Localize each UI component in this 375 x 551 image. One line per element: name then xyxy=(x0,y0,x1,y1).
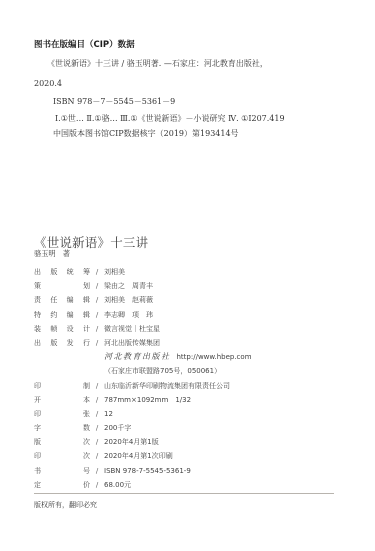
spec-row: 书号 / ISBN 978-7-5545-5361-9 xyxy=(34,464,252,478)
publisher-logo: 河北教育出版社 xyxy=(104,350,171,364)
credit-value: 河北出版传媒集团 xyxy=(104,336,160,350)
spec-label: 印制 xyxy=(34,379,90,393)
spec-label: 书号 xyxy=(34,464,90,478)
publisher-row: 河北教育出版社 http://www.hbep.com xyxy=(34,350,252,364)
spec-row: 印张 / 12 xyxy=(34,407,252,421)
credit-row: 责任编辑 / 刘相美 赵莉薇 xyxy=(34,293,252,307)
publisher-address-row: （石家庄市联盟路705号，050061） xyxy=(34,364,252,378)
credit-label: 责任编辑 xyxy=(34,293,90,307)
spec-label: 印张 xyxy=(34,407,90,421)
spec-value: ISBN 978-7-5545-5361-9 xyxy=(104,464,191,478)
spec-value: 68.00元 xyxy=(104,478,131,492)
credit-row: 出版统筹 / 刘相美 xyxy=(34,265,252,279)
publisher-url[interactable]: http://www.hbep.com xyxy=(177,350,252,364)
credit-row: 出版发行 / 河北出版传媒集团 xyxy=(34,336,252,350)
cip-line-isbn: ISBN 978－7－5545－5361－9 xyxy=(53,96,175,107)
publisher-address: （石家庄市联盟路705号，050061） xyxy=(104,364,221,378)
credit-label: 策划 xyxy=(34,279,90,293)
spec-label: 开本 xyxy=(34,393,90,407)
credit-label: 出版发行 xyxy=(34,336,90,350)
spec-label: 定价 xyxy=(34,478,90,492)
rights-notice: 版权所有，翻印必究 xyxy=(34,500,97,510)
spec-row: 印次 / 2020年4月第1次印刷 xyxy=(34,449,252,463)
cip-line-title: 《世说新语》十三讲 / 骆玉明著. —石家庄：河北教育出版社， xyxy=(47,58,268,69)
credit-value: 梁由之 周青丰 xyxy=(104,279,153,293)
cip-line-record: 中国版本图书馆CIP数据核字（2019）第193414号 xyxy=(53,128,239,139)
spec-value: 787mm×1092mm 1/32 xyxy=(104,393,191,407)
spec-row: 印制 / 山东临沂新华印刷物流集团有限责任公司 xyxy=(34,379,252,393)
credit-value: 微言视觉｜杜宝星 xyxy=(104,322,160,336)
spec-row: 版次 / 2020年4月第1版 xyxy=(34,435,252,449)
divider-line xyxy=(34,493,334,494)
credit-row: 特约编辑 / 李志卿 项 玮 xyxy=(34,308,252,322)
spec-label: 印次 xyxy=(34,449,90,463)
credit-label: 装帧设计 xyxy=(34,322,90,336)
credit-value: 刘相美 赵莉薇 xyxy=(104,293,153,307)
credit-label: 出版统筹 xyxy=(34,265,90,279)
spec-value: 200千字 xyxy=(104,421,131,435)
spec-row: 开本 / 787mm×1092mm 1/32 xyxy=(34,393,252,407)
cip-heading: 图书在版编目（CIP）数据 xyxy=(34,38,135,50)
credit-value: 刘相美 xyxy=(104,265,125,279)
spec-row: 字数 / 200千字 xyxy=(34,421,252,435)
credit-row: 策划 / 梁由之 周青丰 xyxy=(34,279,252,293)
spec-value: 山东临沂新华印刷物流集团有限责任公司 xyxy=(104,379,230,393)
spec-value: 2020年4月第1次印刷 xyxy=(104,449,173,463)
credits-block: 出版统筹 / 刘相美 策划 / 梁由之 周青丰 责任编辑 / 刘相美 赵莉薇 特… xyxy=(34,265,252,492)
cip-line-classification: Ⅰ.①世… Ⅱ.①骆… Ⅲ.①《世说新语》－小说研究 Ⅳ. ①I207.419 xyxy=(55,113,285,124)
spec-value: 2020年4月第1版 xyxy=(104,435,159,449)
credit-row: 装帧设计 / 微言视觉｜杜宝星 xyxy=(34,322,252,336)
spec-label: 版次 xyxy=(34,435,90,449)
cip-line-date: 2020.4 xyxy=(34,79,62,88)
credit-label: 特约编辑 xyxy=(34,308,90,322)
spec-label: 字数 xyxy=(34,421,90,435)
spec-value: 12 xyxy=(104,407,113,421)
credit-value: 李志卿 项 玮 xyxy=(104,308,153,322)
spec-row: 定价 / 68.00元 xyxy=(34,478,252,492)
book-author: 骆玉明 著 xyxy=(34,249,70,259)
